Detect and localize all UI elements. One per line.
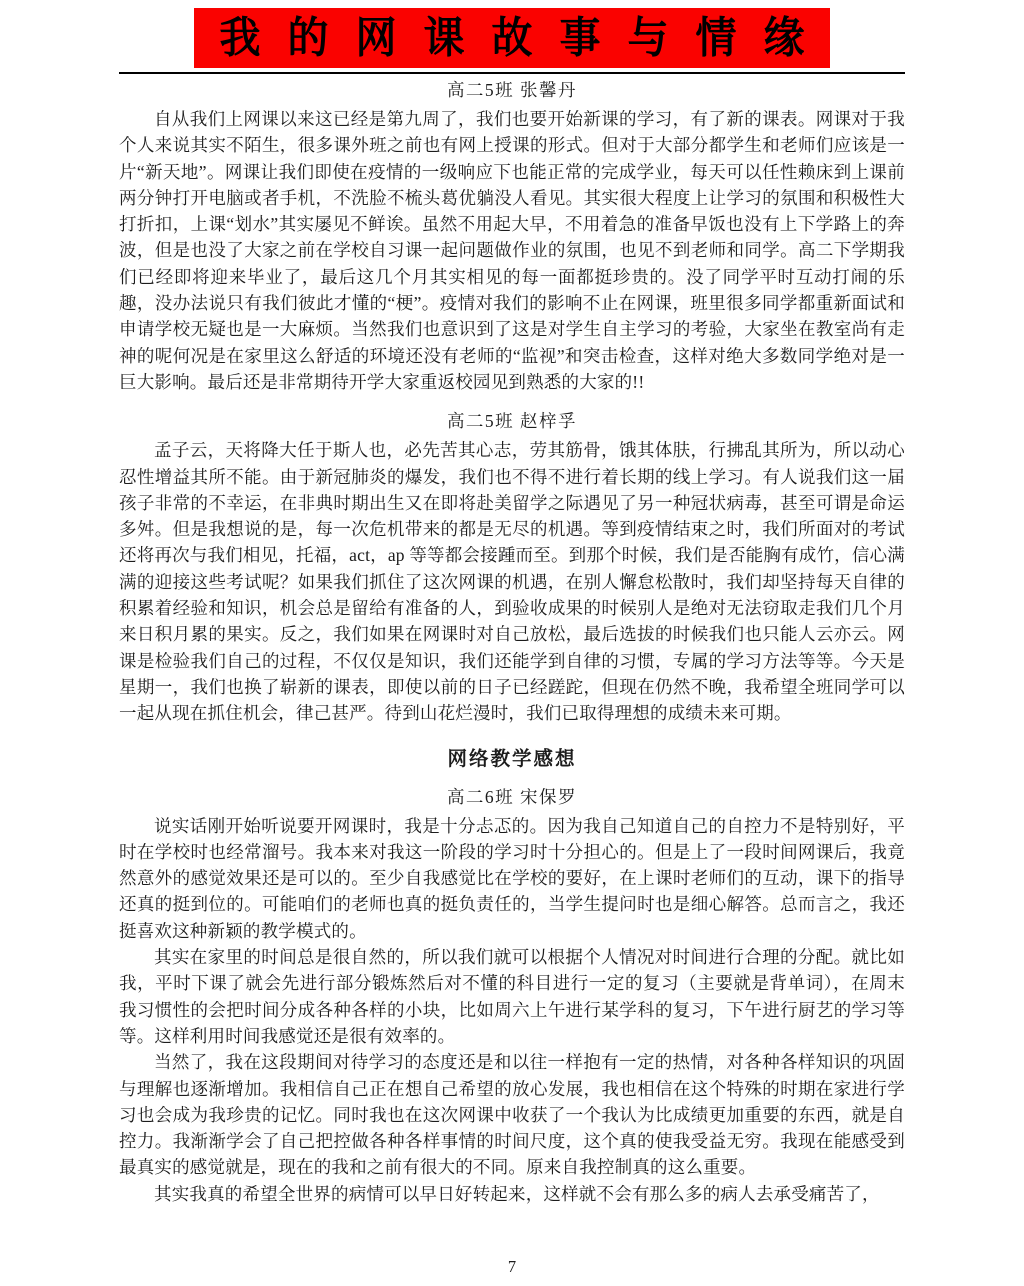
header-divider <box>119 72 905 74</box>
essay-byline: 高二5班 张馨丹 <box>119 79 905 101</box>
essay-paragraph: 说实话刚开始听说要开网课时，我是十分忐忑的。因为我自己知道自己的自控力不是特别好… <box>119 813 905 944</box>
essay-paragraph: 其实我真的希望全世界的病情可以早日好转起来，这样就不会有那么多的病人去承受痛苦了… <box>119 1181 905 1207</box>
essay-paragraph: 自从我们上网课以来这已经是第九周了，我们也要开始新课的学习，有了新的课表。网课对… <box>119 106 905 395</box>
essay-song-baoluo: 网络教学感想 高二6班 宋保罗 说实话刚开始听说要开网课时，我是十分忐忑的。因为… <box>119 747 905 1207</box>
title-banner: 我的网课故事与情缘 <box>194 8 830 68</box>
page-title: 我的网课故事与情缘 <box>220 16 831 59</box>
essay-paragraph: 孟子云，天将降大任于斯人也，必先苦其心志，劳其筋骨，饿其体肤，行拂乱其所为，所以… <box>119 437 905 726</box>
essay-byline: 高二6班 宋保罗 <box>119 786 905 808</box>
essay-paragraph: 其实在家里的时间总是很自然的，所以我们就可以根据个人情况对时间进行合理的分配。就… <box>119 944 905 1049</box>
essay-byline: 高二5班 赵梓孚 <box>119 410 905 432</box>
page-header: 我的网课故事与情缘 <box>119 8 905 74</box>
essay-title: 网络教学感想 <box>119 747 905 771</box>
essay-zhao-zifu: 高二5班 赵梓孚 孟子云，天将降大任于斯人也，必先苦其心志，劳其筋骨，饿其体肤，… <box>119 410 905 726</box>
document-page: 我的网课故事与情缘 高二5班 张馨丹 自从我们上网课以来这已经是第九周了，我们也… <box>0 0 1024 1286</box>
essay-paragraph: 当然了，我在这段期间对待学习的态度还是和以往一样抱有一定的热情，对各种各样知识的… <box>119 1049 905 1180</box>
page-number: 7 <box>0 1257 1024 1277</box>
essay-zhang-xindan: 高二5班 张馨丹 自从我们上网课以来这已经是第九周了，我们也要开始新课的学习，有… <box>119 79 905 395</box>
